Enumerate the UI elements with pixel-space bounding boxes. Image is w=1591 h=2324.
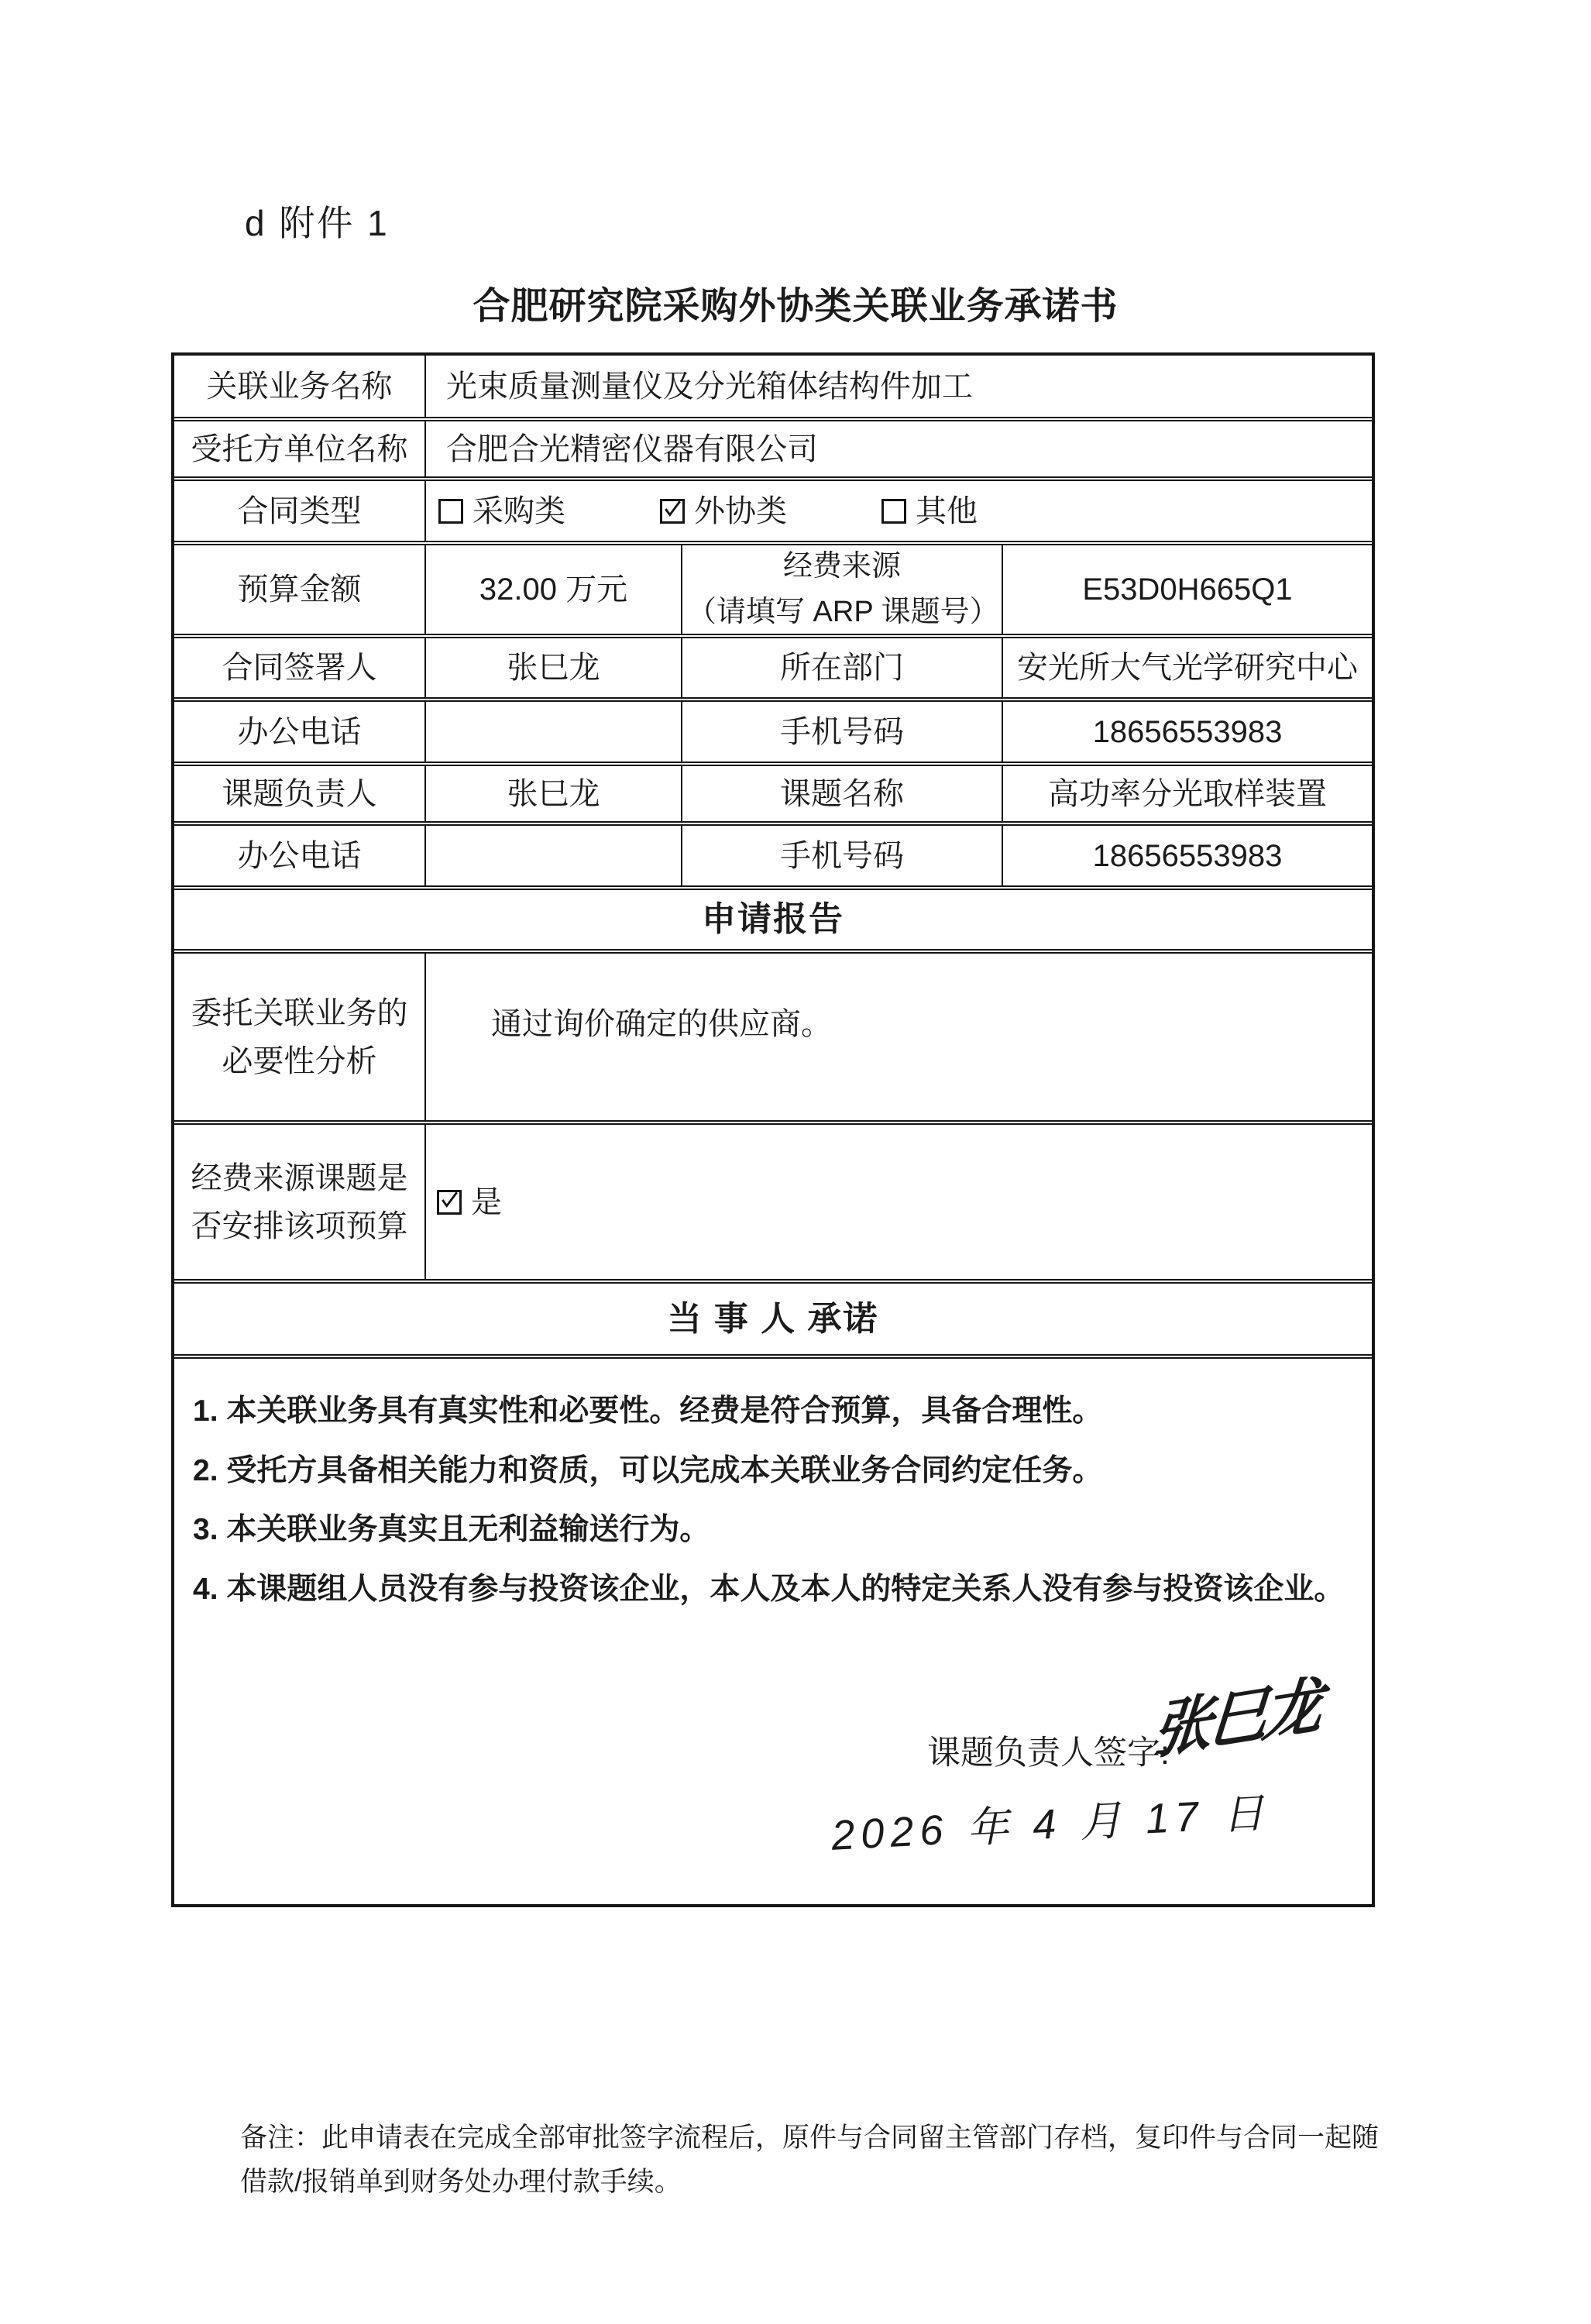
signature-label: 课题负责人签字: [927,1729,1170,1777]
necessity-label: 委托关联业务的必要性分析 [174,954,426,1120]
application-report-header: 申请报告 [174,890,1372,949]
trustee-label: 受托方单位名称 [174,421,426,476]
mobile-value: 18656553983 [1003,702,1372,761]
check-icon [439,1187,459,1213]
table-row-budget: 预算金额 32.00 万元 经费来源 （请填写 ARP 课题号） E53D0H6… [174,545,1372,638]
budget-arranged-label: 经费来源课题是否安排该项预算 [174,1125,426,1279]
pi-label: 课题负责人 [174,766,426,821]
commitment-item-2: 2. 受托方具备相关能力和资质，可以完成本关联业务合同约定任务。 [193,1449,1350,1494]
funding-source-label-line1: 经费来源 [783,550,901,583]
signature-date-handwriting: 2026 年 4 月 17 日 [830,1783,1272,1866]
project-name-label: 课题名称 [682,766,1003,821]
office-phone-value-2 [426,826,682,885]
table-row-office-phone-1: 办公电话 手机号码 18656553983 [174,702,1372,766]
commitment-item-1: 1. 本关联业务具有真实性和必要性。经费是符合预算，具备合理性。 [193,1390,1350,1434]
budget-value: 32.00 万元 [426,545,682,634]
signer-value: 张巳龙 [426,638,682,697]
checkbox-checked-icon[interactable] [437,1190,462,1215]
attachment-label: d 附件 1 [245,195,390,246]
checkbox-unchecked-icon[interactable] [881,499,906,524]
trustee-value: 合肥合光精密仪器有限公司 [426,421,1372,476]
commitments-cell: 1. 本关联业务具有真实性和必要性。经费是符合预算，具备合理性。 2. 受托方具… [174,1359,1372,1904]
scanned-form-page: d 附件 1 合肥研究院采购外协类关联业务承诺书 关联业务名称 光束质量测量仪及… [0,0,1591,2324]
option-outsourcing-label: 外协类 [694,489,787,534]
footer-note: 备注：此申请表在完成全部审批签字流程后，原件与合同留主管部门存档，复印件与合同一… [240,2116,1394,2204]
mobile-label-2: 手机号码 [682,826,1003,885]
department-value: 安光所大气光学研究中心 [1003,638,1372,697]
table-row-business-name: 关联业务名称 光束质量测量仪及分光箱体结构件加工 [174,356,1372,421]
commitment-item-4: 4. 本课题组人员没有参与投资该企业，本人及本人的特定关系人没有参与投资该企业。 [193,1568,1350,1612]
table-row-pi: 课题负责人 张巳龙 课题名称 高功率分光取样装置 [174,766,1372,826]
option-purchase-label: 采购类 [472,489,565,534]
option-other: 其他 [881,489,978,534]
project-name-value: 高功率分光取样装置 [1003,766,1372,821]
check-icon [662,496,682,522]
business-name-label: 关联业务名称 [174,356,426,417]
yes-option: 是 [437,1180,502,1225]
table-row-contract-type: 合同类型 采购类 外协类 其他 [174,481,1372,545]
contract-type-options: 采购类 外协类 其他 [426,481,1372,541]
commitment-form-table: 关联业务名称 光束质量测量仪及分光箱体结构件加工 受托方单位名称 合肥合光精密仪… [171,352,1375,1907]
funding-source-label: 经费来源 （请填写 ARP 课题号） [682,545,1003,634]
table-row-trustee: 受托方单位名称 合肥合光精密仪器有限公司 [174,421,1372,481]
option-other-label: 其他 [916,489,978,534]
commitment-item-3: 3. 本关联业务真实且无利益输送行为。 [193,1508,1350,1552]
checkbox-checked-icon[interactable] [660,499,685,524]
signature-handwriting: 张巳龙 [1149,1661,1322,1777]
arp-number-value: E53D0H665Q1 [1003,545,1372,634]
party-commitment-header: 当 事 人 承诺 [174,1284,1372,1354]
signer-label: 合同签署人 [174,638,426,697]
necessity-value: 通过询价确定的供应商。 [426,954,1372,1120]
table-row-budget-arranged: 经费来源课题是否安排该项预算 是 [174,1125,1372,1284]
mobile-label: 手机号码 [682,702,1003,761]
commitment-list: 1. 本关联业务具有真实性和必要性。经费是符合预算，具备合理性。 2. 受托方具… [193,1390,1350,1611]
table-row-commitments: 1. 本关联业务具有真实性和必要性。经费是符合预算，具备合理性。 2. 受托方具… [174,1359,1372,1904]
mobile-value-2: 18656553983 [1003,826,1372,885]
office-phone-value [426,702,682,761]
department-label: 所在部门 [682,638,1003,697]
office-phone-label: 办公电话 [174,702,426,761]
budget-label: 预算金额 [174,545,426,634]
business-name-value: 光束质量测量仪及分光箱体结构件加工 [426,356,1372,417]
page-title: 合肥研究院采购外协类关联业务承诺书 [0,276,1591,329]
pi-value: 张巳龙 [426,766,682,821]
table-row-necessity: 委托关联业务的必要性分析 通过询价确定的供应商。 [174,954,1372,1125]
table-row-signer: 合同签署人 张巳龙 所在部门 安光所大气光学研究中心 [174,638,1372,702]
table-row-commitment-header: 当 事 人 承诺 [174,1284,1372,1359]
table-row-report-header: 申请报告 [174,890,1372,954]
table-row-office-phone-2: 办公电话 手机号码 18656553983 [174,826,1372,890]
budget-arranged-value: 是 [426,1125,1372,1279]
option-purchase: 采购类 [438,489,565,534]
office-phone-label-2: 办公电话 [174,826,426,885]
yes-option-label: 是 [471,1180,502,1225]
option-outsourcing: 外协类 [660,489,787,534]
funding-source-label-line2: （请填写 ARP 课题号） [687,596,999,628]
contract-type-label: 合同类型 [174,481,426,541]
checkbox-unchecked-icon[interactable] [438,499,463,524]
